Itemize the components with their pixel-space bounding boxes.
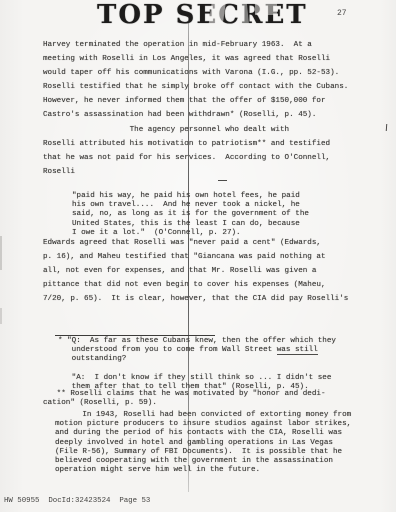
text-line: would taper off his communications with … bbox=[43, 66, 348, 80]
text-line: and during the period of his contacts wi… bbox=[55, 429, 351, 438]
text-line: said, no, as long as it is for the gover… bbox=[72, 210, 309, 219]
text-line: The agency personnel who dealt with bbox=[43, 123, 348, 137]
text-line: ** Roselli claims that he was motivated … bbox=[43, 390, 326, 399]
text-line: all, not even for expenses, and that Mr.… bbox=[43, 264, 348, 278]
text-line: meeting with Roselli in Los Angeles, it … bbox=[43, 52, 348, 66]
footnote-2: ** Roselli claims that he was motivated … bbox=[43, 390, 326, 408]
body-paragraph-1: Harvey terminated the operation in mid-F… bbox=[43, 38, 348, 179]
text-line: that he was not paid for his services. A… bbox=[43, 151, 348, 165]
text-line: operation might serve him well in the fu… bbox=[55, 466, 351, 475]
page-number: 27 bbox=[337, 9, 347, 18]
text-line: pittance that did not even begin to cove… bbox=[43, 278, 348, 292]
text-line: deeply involved in hotel and gambling op… bbox=[55, 439, 351, 448]
block-quote: "paid his way, he paid his own hotel fee… bbox=[72, 192, 309, 238]
text-line: 7/20, p. 65). It is clear, however, that… bbox=[43, 292, 348, 306]
text-line: cation" (Roselli, p. 59). bbox=[43, 399, 326, 408]
text-line: In 1943, Roselli had been convicted of e… bbox=[55, 411, 351, 420]
text-line: Roselli bbox=[43, 165, 348, 179]
top-secret-stamp: TOP SECRET bbox=[97, 0, 308, 30]
text-line: United States, this is the least I can d… bbox=[72, 220, 309, 229]
text-line: Edwards agreed that Roselli was "never p… bbox=[43, 236, 348, 250]
text-line: * "Q: As far as these Cubans knew, then … bbox=[58, 337, 336, 346]
edge-smudge-artifact bbox=[0, 236, 2, 270]
text-line: outstanding? bbox=[58, 355, 336, 364]
text-line: "A: I don't know if they still think so … bbox=[58, 374, 336, 383]
footnote-separator bbox=[55, 335, 215, 336]
stray-tick-artifact bbox=[386, 124, 387, 131]
body-paragraph-2: Edwards agreed that Roselli was "never p… bbox=[43, 236, 348, 306]
underline-artifact bbox=[277, 354, 318, 355]
scanned-document-page: { "classification": { "stamp_text": "TOP… bbox=[0, 0, 396, 512]
edge-smudge-artifact bbox=[0, 308, 2, 324]
text-line: (File R-56), Summary of FBI Documents). … bbox=[55, 448, 351, 457]
text-line: Harvey terminated the operation in mid-F… bbox=[43, 38, 348, 52]
text-line: "paid his way, he paid his own hotel fee… bbox=[72, 192, 309, 201]
text-line: Roselli testified that he simply broke o… bbox=[43, 80, 348, 94]
footnote-1: * "Q: As far as these Cubans knew, then … bbox=[58, 337, 336, 392]
footer-docid: HW 50955 DocId:32423524 Page 53 bbox=[4, 497, 150, 505]
text-line: p. 16), and Maheu testified that "Gianca… bbox=[43, 250, 348, 264]
text-line: Roselli attributed his motivation to pat… bbox=[43, 137, 348, 151]
text-line: However, he never informed them that the… bbox=[43, 94, 348, 108]
footnote-3: In 1943, Roselli had been convicted of e… bbox=[55, 411, 351, 475]
stray-dash-artifact bbox=[218, 180, 227, 181]
text-line bbox=[58, 365, 336, 374]
text-line: believed cooperating with the government… bbox=[55, 457, 351, 466]
text-line: Castro's assassination had been withdraw… bbox=[43, 108, 348, 122]
